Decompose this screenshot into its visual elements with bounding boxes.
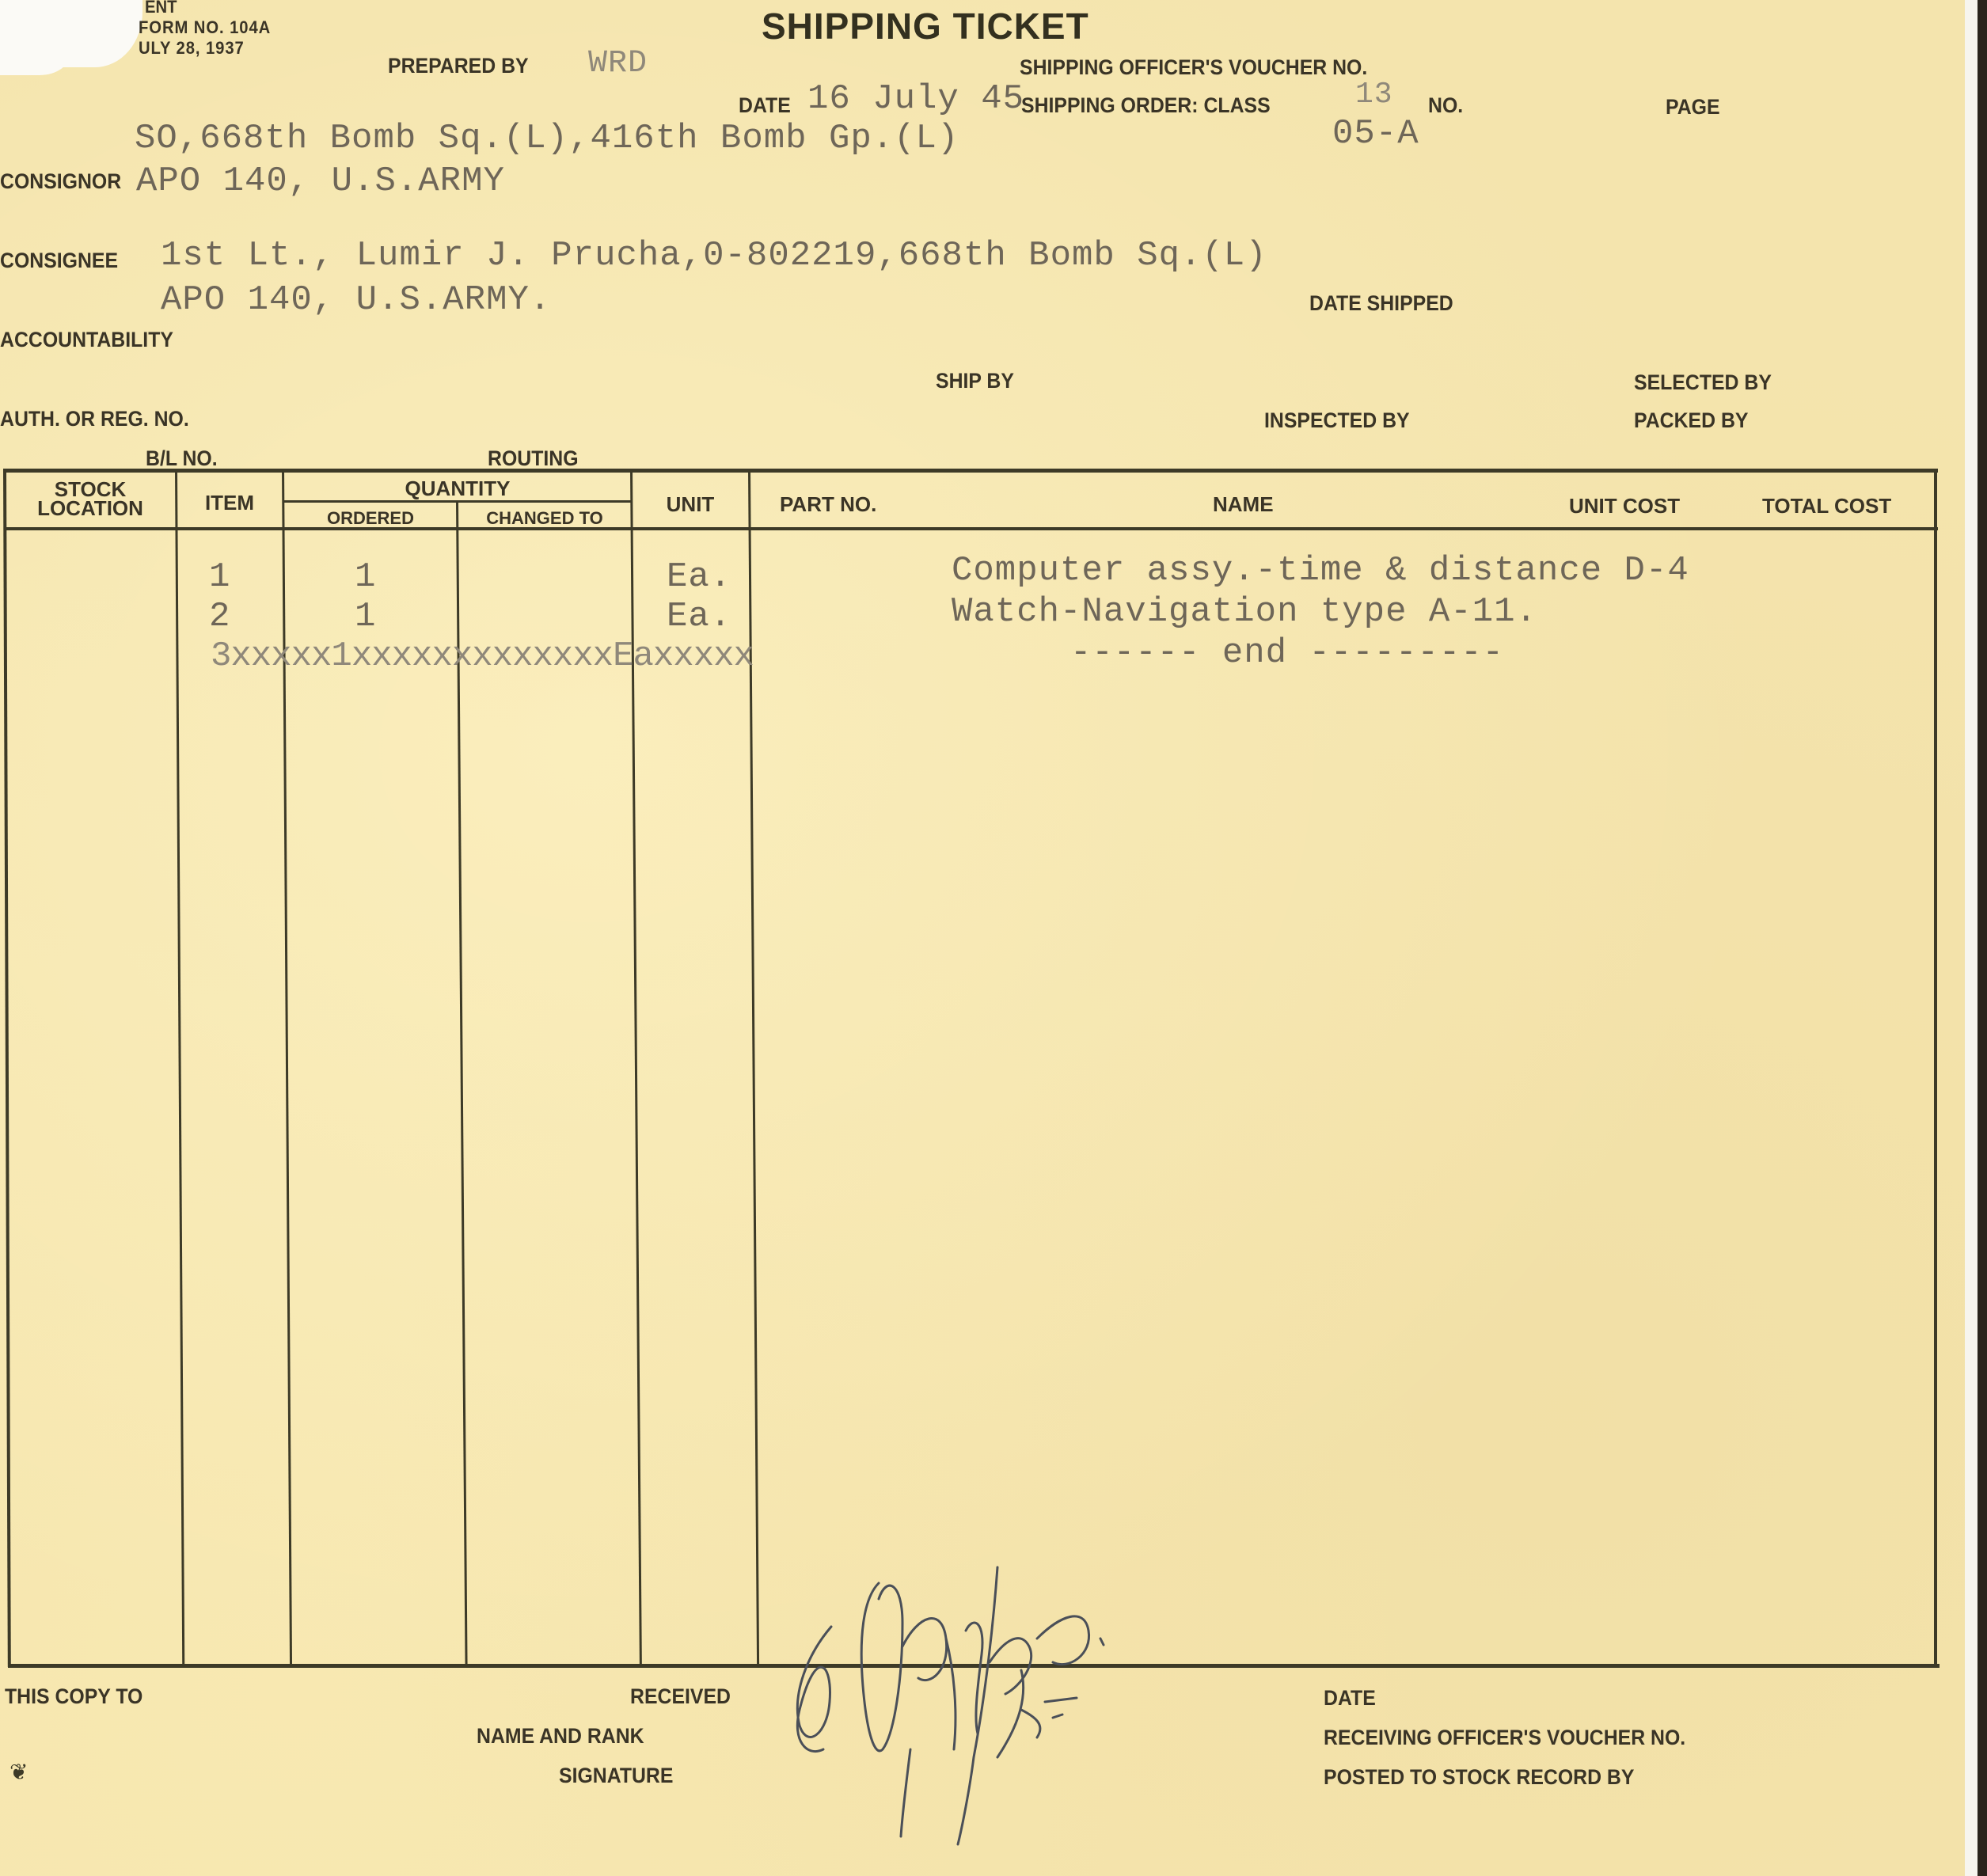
form-number: FORM NO. 104A — [139, 17, 271, 38]
header-stock-location: STOCK LOCATION — [6, 480, 174, 518]
header-changed-to: CHANGED TO — [458, 508, 631, 529]
date-value: 16 July 45 — [807, 79, 1024, 119]
handwritten-signature — [784, 1551, 1275, 1852]
row-name: Watch-Navigation type A-11. — [952, 592, 1537, 632]
footer-date-label: DATE — [1324, 1686, 1376, 1711]
header-part-no: PART NO. — [780, 494, 876, 515]
consignor-label: CONSIGNOR — [0, 169, 121, 194]
consignee-label: CONSIGNEE — [0, 249, 118, 273]
signature-label: SIGNATURE — [559, 1764, 673, 1788]
routing-label: ROUTING — [488, 446, 579, 471]
prepared-by-value: WRD — [588, 46, 648, 82]
end-marker: ------ end --------- — [1070, 633, 1504, 673]
posted-to-stock-record-label: POSTED TO STOCK RECORD BY — [1324, 1765, 1634, 1790]
consignor-line-1: SO,668th Bomb Sq.(L),416th Bomb Gp.(L) — [135, 119, 959, 158]
shipping-order-class-label: SHIPPING ORDER: CLASS — [1021, 93, 1271, 118]
form-date: ULY 28, 1937 — [139, 38, 245, 59]
consignee-line-1: 1st Lt., Lumir J. Prucha,0-802219,668th … — [161, 236, 1267, 275]
header-item: ITEM — [177, 492, 282, 513]
date-shipped-label: DATE SHIPPED — [1309, 291, 1453, 316]
bl-no-label: B/L NO. — [146, 446, 218, 471]
receiving-voucher-label: RECEIVING OFFICER'S VOUCHER NO. — [1324, 1726, 1685, 1750]
voucher-label: SHIPPING OFFICER'S VOUCHER NO. — [1020, 55, 1367, 80]
header-unit-cost: UNIT COST — [1569, 496, 1680, 516]
date-label: DATE — [739, 93, 791, 118]
header-stock-location-line2: LOCATION — [6, 499, 174, 518]
row-unit: Ea. — [667, 597, 731, 636]
consignor-line-2: APO 140, U.S.ARMY — [136, 161, 505, 201]
packed-by-label: PACKED BY — [1634, 408, 1748, 433]
accountability-label: ACCOUNTABILITY — [0, 328, 173, 352]
document-title: SHIPPING TICKET — [762, 5, 1089, 47]
row-unit: Ea. — [667, 557, 731, 597]
row-ordered: 1 — [355, 597, 376, 636]
inspected-by-label: INSPECTED BY — [1264, 408, 1410, 433]
form-dept-fragment: ENT — [145, 0, 177, 17]
received-label: RECEIVED — [630, 1684, 731, 1709]
scan-border — [1965, 0, 1978, 1876]
no-label: NO. — [1428, 93, 1463, 118]
row-name: Computer assy.-time & distance D-4 — [952, 551, 1689, 591]
union-bug-icon: ❦ — [9, 1759, 28, 1785]
header-ordered: ORDERED — [284, 508, 457, 529]
name-and-rank-label: NAME AND RANK — [477, 1724, 644, 1749]
shipping-order-no-value: 05-A — [1332, 114, 1419, 154]
selected-by-label: SELECTED BY — [1634, 370, 1772, 395]
class-value: 13 — [1355, 78, 1393, 112]
header-quantity: QUANTITY — [284, 478, 631, 499]
page-label: PAGE — [1666, 95, 1720, 120]
row-item: 2 — [209, 597, 230, 636]
header-name: NAME — [1213, 494, 1274, 515]
header-unit: UNIT — [633, 494, 748, 515]
struck-out-row: 3xxxxx1xxxxxxxxxxxxxEaxxxxx — [211, 636, 754, 676]
ship-by-label: SHIP BY — [936, 369, 1014, 393]
this-copy-to-label: THIS COPY TO — [5, 1684, 142, 1709]
header-total-cost: TOTAL COST — [1762, 496, 1891, 516]
prepared-by-label: PREPARED BY — [388, 54, 529, 78]
row-item: 1 — [209, 557, 230, 597]
row-ordered: 1 — [355, 557, 376, 597]
consignee-line-2: APO 140, U.S.ARMY. — [161, 280, 551, 320]
auth-reg-no-label: AUTH. OR REG. NO. — [0, 407, 189, 431]
torn-corner — [0, 0, 71, 75]
